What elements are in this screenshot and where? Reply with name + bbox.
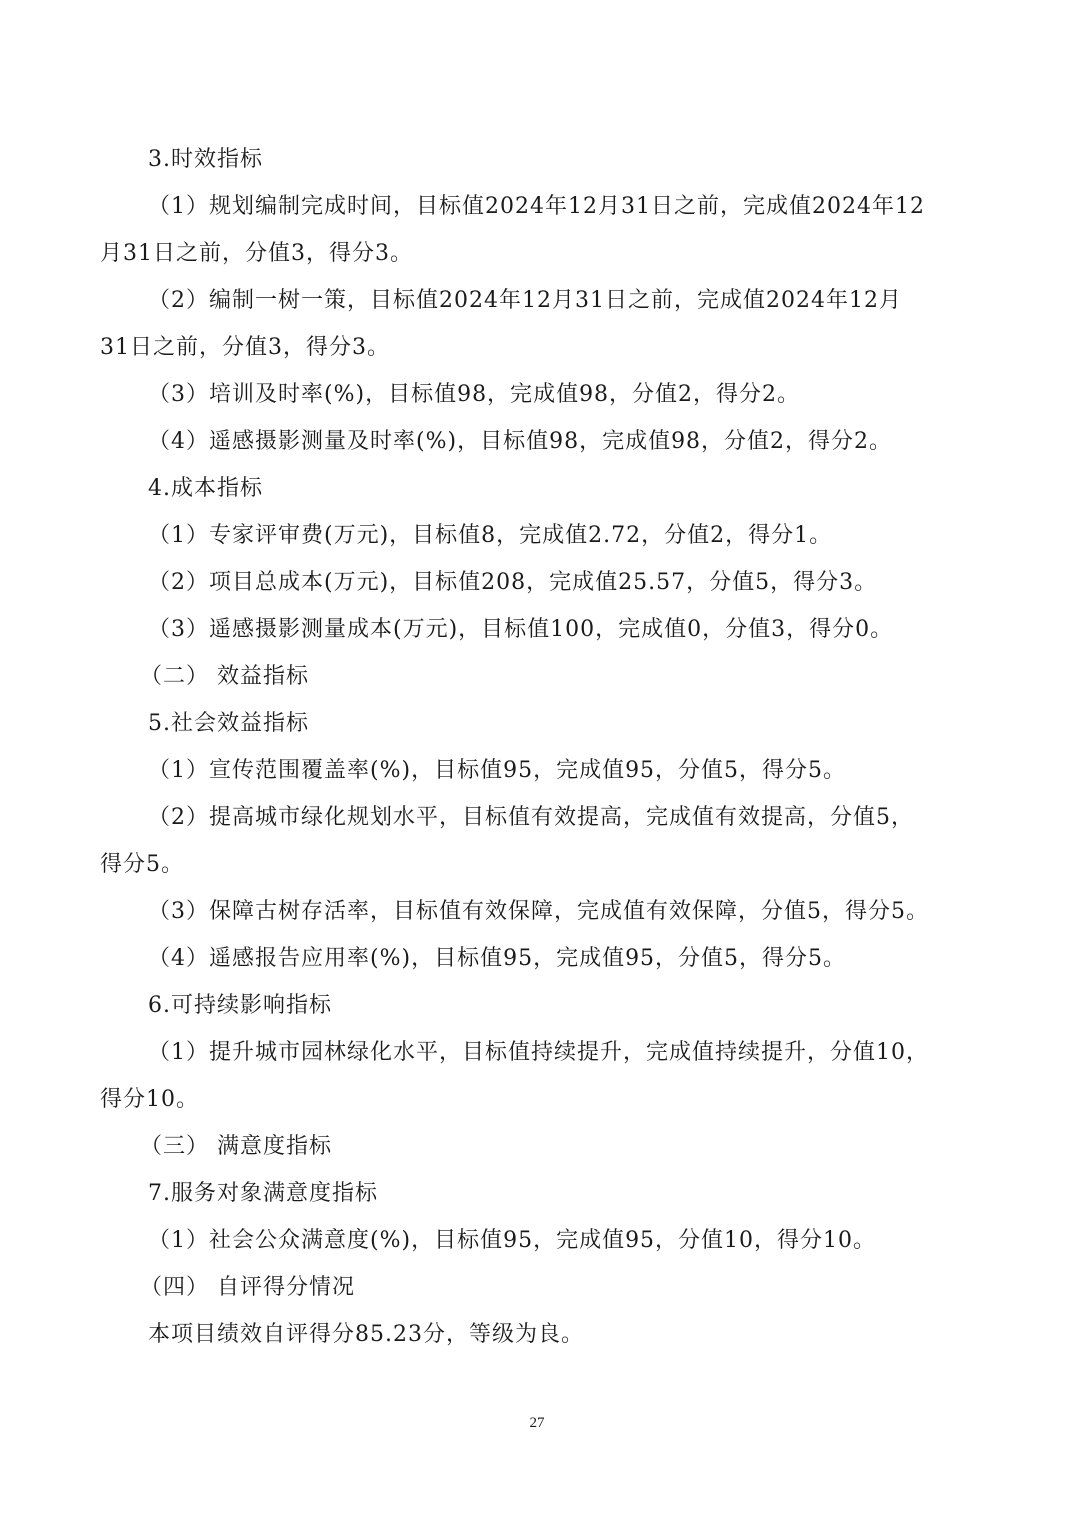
paragraph-line: 月31日之前，分值3，得分3。: [100, 239, 413, 269]
paragraph-line: （1）提升城市园林绿化水平，目标值持续提升，完成值持续提升，分值10，: [148, 1038, 929, 1068]
section-heading-sustainability: 6.可持续影响指标: [148, 991, 332, 1021]
paragraph-line: （2）项目总成本(万元)，目标值208，完成值25.57，分值5，得分3。: [148, 568, 877, 598]
paragraph-line: 本项目绩效自评得分85.23分，等级为良。: [148, 1320, 584, 1350]
paragraph-line: （4）遥感摄影测量及时率(%)，目标值98，完成值98，分值2，得分2。: [148, 427, 892, 457]
paragraph-line: （3）培训及时率(%)，目标值98，完成值98，分值2，得分2。: [148, 380, 800, 410]
section-heading-benefit: （二） 效益指标: [140, 662, 309, 692]
section-heading-self-evaluation: （四） 自评得分情况: [140, 1273, 355, 1303]
paragraph-line: （1）宣传范围覆盖率(%)，目标值95，完成值95，分值5，得分5。: [148, 756, 846, 786]
paragraph-line: 31日之前，分值3，得分3。: [100, 333, 390, 363]
paragraph-line: 得分10。: [100, 1085, 199, 1115]
document-page: 3.时效指标 （1）规划编制完成时间，目标值2024年12月31日之前，完成值2…: [0, 0, 1074, 1520]
section-heading-social-benefit: 5.社会效益指标: [148, 709, 309, 739]
section-heading-cost: 4.成本指标: [148, 474, 263, 504]
page-number: 27: [0, 1415, 1074, 1432]
paragraph-line: 得分5。: [100, 850, 184, 880]
section-heading-service-satisfaction: 7.服务对象满意度指标: [148, 1179, 378, 1209]
paragraph-line: （3）保障古树存活率，目标值有效保障，完成值有效保障，分值5，得分5。: [148, 897, 929, 927]
paragraph-line: （2）提高城市绿化规划水平，目标值有效提高，完成值有效提高，分值5，: [148, 803, 914, 833]
section-heading-timeliness: 3.时效指标: [148, 145, 263, 175]
paragraph-line: （1）社会公众满意度(%)，目标值95，完成值95，分值10，得分10。: [148, 1226, 876, 1256]
paragraph-line: （1）专家评审费(万元)，目标值8，完成值2.72，分值2，得分1。: [148, 521, 832, 551]
section-heading-satisfaction: （三） 满意度指标: [140, 1132, 332, 1162]
paragraph-line: （1）规划编制完成时间，目标值2024年12月31日之前，完成值2024年12: [148, 192, 925, 222]
paragraph-line: （4）遥感报告应用率(%)，目标值95，完成值95，分值5，得分5。: [148, 944, 846, 974]
paragraph-line: （2）编制一树一策，目标值2024年12月31日之前，完成值2024年12月: [148, 286, 902, 316]
paragraph-line: （3）遥感摄影测量成本(万元)，目标值100，完成值0，分值3，得分0。: [148, 615, 893, 645]
